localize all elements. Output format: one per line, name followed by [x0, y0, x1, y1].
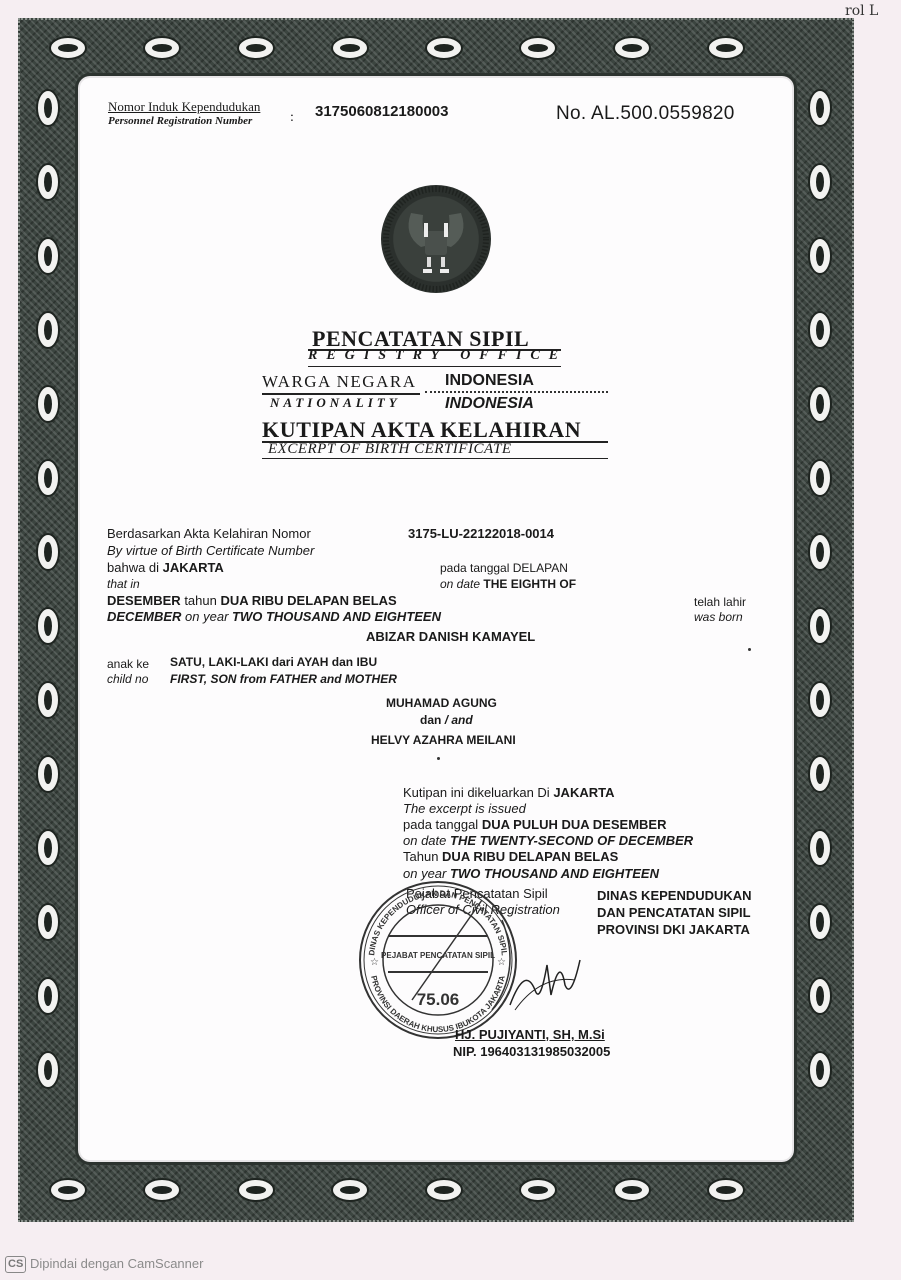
issue-date-value-en: THE TWENTY-SECOND OF DECEMBER	[450, 833, 693, 848]
official-nip: NIP. 196403131985032005	[453, 1044, 610, 1059]
year-value-en: TWO THOUSAND AND EIGHTEEN	[232, 609, 441, 624]
issue-year-value: DUA RIBU DELAPAN BELAS	[442, 849, 618, 864]
issue-date-value: DUA PULUH DUA DESEMBER	[482, 817, 667, 832]
colon: :	[290, 110, 294, 126]
handwritten-note: rol L	[845, 3, 878, 19]
garuda-emblem-icon	[381, 185, 491, 293]
place-value: JAKARTA	[163, 560, 224, 575]
svg-text:75.06: 75.06	[417, 990, 460, 1009]
issued-label-en: The excerpt is issued	[403, 801, 526, 816]
place-label: bahwa di	[107, 560, 159, 575]
nik-value: 3175060812180003	[315, 103, 448, 120]
date-value-en: THE EIGHTH OF	[483, 577, 576, 591]
signature	[505, 945, 585, 1015]
nik-label-block: Nomor Induk Kependudukan Personnel Regis…	[108, 100, 260, 128]
child-no-value-en: FIRST, SON from FATHER and MOTHER	[170, 672, 397, 686]
speck	[748, 648, 751, 651]
year-value: DUA RIBU DELAPAN BELAS	[220, 593, 396, 608]
year-label-en: on year	[185, 609, 228, 624]
month-year-line: DESEMBER tahun DUA RIBU DELAPAN BELAS	[107, 593, 397, 608]
camscanner-logo-icon: CS	[5, 1256, 26, 1273]
issue-year-line: Tahun DUA RIBU DELAPAN BELAS	[403, 849, 618, 864]
issue-year-value-en: TWO THOUSAND AND EIGHTEEN	[450, 866, 659, 881]
official-stamp: DINAS KEPENDUDUKAN DAN PENCATATAN SIPIL …	[352, 880, 524, 1040]
issue-date-line: pada tanggal DUA PULUH DUA DESEMBER	[403, 817, 666, 832]
dotted-line	[425, 391, 608, 393]
scanner-watermark: Dipindai dengan CamScanner	[30, 1256, 203, 1271]
speck	[437, 757, 440, 760]
svg-text:☆: ☆	[370, 957, 379, 968]
document-title: KUTIPAN AKTA KELAHIRAN	[262, 417, 581, 443]
issued-line: Kutipan ini dikeluarkan Di JAKARTA	[403, 785, 614, 800]
cert-label: Berdasarkan Akta Kelahiran Nomor	[107, 526, 311, 541]
father-name: MUHAMAD AGUNG	[386, 696, 497, 710]
place-line: bahwa di JAKARTA	[107, 560, 224, 575]
date-label-en: on date	[440, 577, 480, 591]
and-label: dan	[420, 713, 441, 727]
mother-name: HELVY AZAHRA MEILANI	[371, 733, 516, 747]
date-label: pada tanggal	[440, 561, 509, 575]
issue-date-label-en: on date	[403, 833, 446, 848]
date-line-en: on date THE EIGHTH OF	[440, 577, 576, 591]
agency-line-2: DAN PENCATATAN SIPIL	[597, 905, 751, 920]
agency-line-1: DINAS KEPENDUDUKAN	[597, 888, 752, 903]
born-label-en: was born	[694, 610, 743, 624]
child-no-value: SATU, LAKI-LAKI dari AYAH dan IBU	[170, 655, 377, 669]
nationality-label-en: NATIONALITY	[270, 395, 401, 411]
document-title-en: EXCERPT OF BIRTH CERTIFICATE	[268, 441, 512, 458]
issued-place: JAKARTA	[553, 785, 614, 800]
month-value: DESEMBER	[107, 593, 181, 608]
issue-date-line-en: on date THE TWENTY-SECOND OF DECEMBER	[403, 833, 693, 848]
child-no-label: anak ke	[107, 657, 149, 671]
date-line: pada tanggal DELAPAN	[440, 561, 568, 575]
nationality-value: INDONESIA	[445, 372, 534, 390]
svg-text:PEJABAT PENCATATAN SIPIL: PEJABAT PENCATATAN SIPIL	[381, 951, 495, 960]
month-year-line-en: DECEMBER on year TWO THOUSAND AND EIGHTE…	[107, 609, 441, 624]
place-label-en: that in	[107, 577, 140, 591]
divider	[308, 366, 561, 367]
official-name: HJ. PUJIYANTI, SH, M.Si	[455, 1027, 605, 1042]
and-line: dan / and	[420, 713, 473, 727]
and-label-en: / and	[445, 713, 473, 727]
divider	[262, 458, 608, 459]
born-label: telah lahir	[694, 595, 746, 609]
agency-line-3: PROVINSI DKI JAKARTA	[597, 922, 750, 937]
month-value-en: DECEMBER	[107, 609, 181, 624]
nik-label: Nomor Induk Kependudukan	[108, 100, 260, 114]
issue-year-label: Tahun	[403, 849, 438, 864]
office-title-en: REGISTRY OFFICE	[308, 348, 567, 364]
document-number: No. AL.500.0559820	[556, 103, 735, 125]
issue-year-line-en: on year TWO THOUSAND AND EIGHTEEN	[403, 866, 659, 881]
issue-year-label-en: on year	[403, 866, 446, 881]
issue-date-label: pada tanggal	[403, 817, 478, 832]
cert-label-en: By virtue of Birth Certificate Number	[107, 543, 314, 558]
nik-label-en: Personnel Registration Number	[108, 114, 260, 128]
cert-number: 3175-LU-22122018-0014	[408, 526, 554, 541]
issued-label: Kutipan ini dikeluarkan Di	[403, 785, 550, 800]
child-name: ABIZAR DANISH KAMAYEL	[366, 629, 535, 644]
nationality-value-en: INDONESIA	[445, 395, 534, 413]
child-no-label-en: child no	[107, 672, 148, 686]
nationality-label: WARGA NEGARA	[262, 372, 416, 392]
date-value: DELAPAN	[513, 561, 568, 575]
year-label: tahun	[184, 593, 217, 608]
